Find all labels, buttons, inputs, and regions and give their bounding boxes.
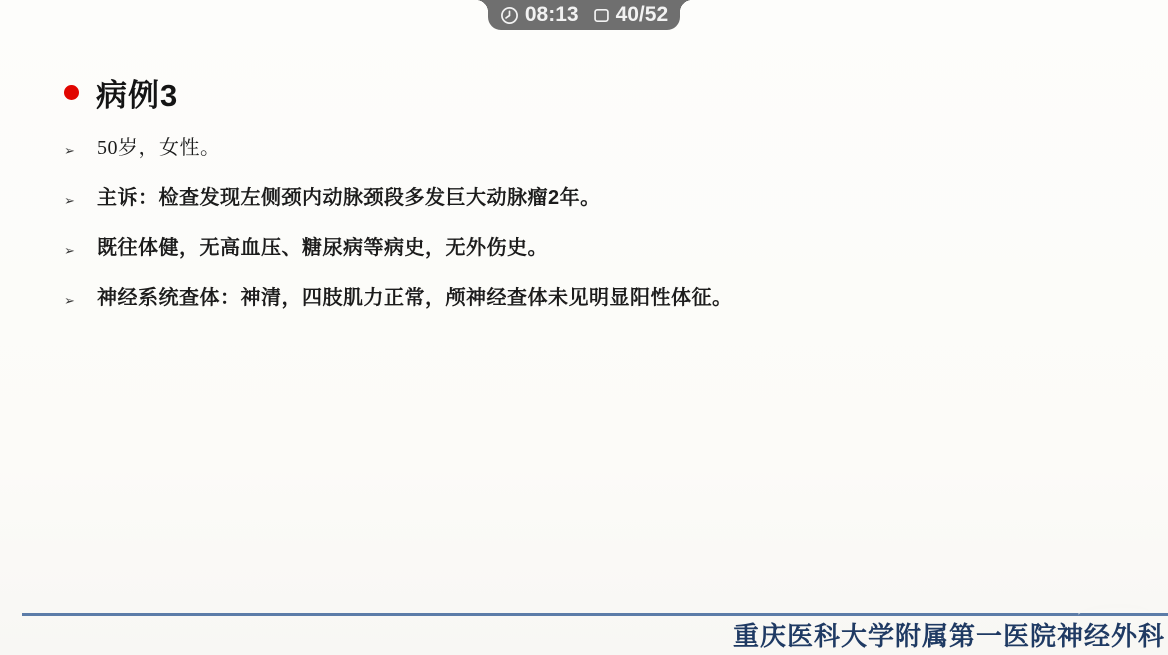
arrow-bullet-icon: ➢ xyxy=(64,141,75,163)
slide-count-icon xyxy=(593,7,610,24)
slide-counter: 40/52 xyxy=(616,3,669,27)
clock-icon xyxy=(500,6,519,25)
arrow-bullet-icon: ➢ xyxy=(64,291,75,313)
arrow-bullet-icon: ➢ xyxy=(64,191,75,213)
slide-title: 病例3 xyxy=(96,70,178,115)
elapsed-time: 08:13 xyxy=(525,3,579,27)
bullet-item: ➢ 50岁，女性。 xyxy=(63,137,1138,159)
presenter-timer-tab[interactable]: 08:13 40/52 xyxy=(488,0,680,30)
bullet-item: ➢ 既往体健，无高血压、糖尿病等病史，无外伤史。 xyxy=(63,237,1138,259)
bullet-text: 主诉：检查发现左侧颈内动脉颈段多发巨大动脉瘤2年。 xyxy=(97,187,601,209)
bullet-text: 50岁，女性。 xyxy=(97,137,221,159)
institution-footer: 重庆医科大学附属第一医院神经外科 xyxy=(733,616,1165,653)
bullet-text: 神经系统查体：神清，四肢肌力正常，颅神经查体未见明显阳性体征。 xyxy=(97,287,733,309)
bullet-item: ➢ 神经系统查体：神清，四肢肌力正常，颅神经查体未见明显阳性体征。 xyxy=(63,287,1138,309)
title-bullet-dot xyxy=(64,85,79,100)
slide-title-row: 病例3 xyxy=(64,70,178,115)
arrow-bullet-icon: ➢ xyxy=(64,241,75,263)
presentation-slide: 08:13 40/52 病例3 ➢ 50岁，女性。 ➢ 主诉：检查发现左侧颈内动… xyxy=(0,0,1168,655)
bullet-item: ➢ 主诉：检查发现左侧颈内动脉颈段多发巨大动脉瘤2年。 xyxy=(63,187,1138,209)
bullet-text: 既往体健，无高血压、糖尿病等病史，无外伤史。 xyxy=(97,237,548,259)
bullet-list: ➢ 50岁，女性。 ➢ 主诉：检查发现左侧颈内动脉颈段多发巨大动脉瘤2年。 ➢ … xyxy=(63,137,1138,337)
